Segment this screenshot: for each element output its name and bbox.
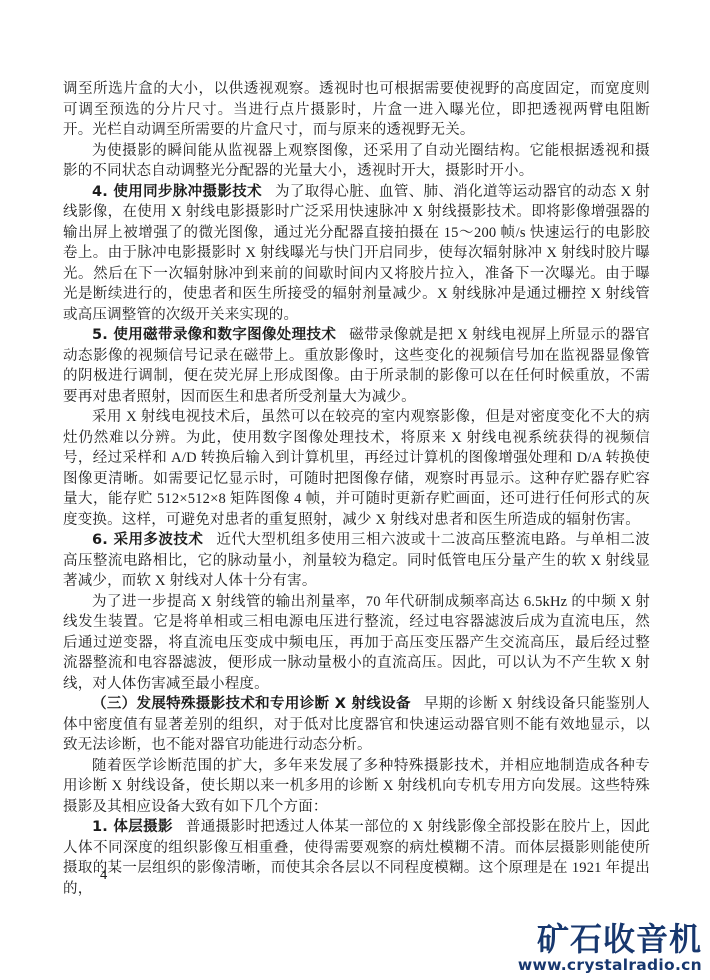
paragraph-heading: 5. 使用磁带录像和数字图像处理技术 bbox=[92, 327, 336, 343]
paragraph-text: 为使摄影的瞬间能从监视器上观察图像，还采用了自动光圈结构。它能根据透视和摄影的不… bbox=[63, 143, 650, 180]
paragraph: 1. 体层摄影普通摄影时把透过人体某一部位的 X 射线影像全部投影在胶片上，因此… bbox=[63, 817, 650, 899]
paragraph: 为了进一步提高 X 射线管的输出剂量率，70 年代研制成频率高达 6.5kHz … bbox=[63, 592, 650, 695]
document-page: 调至所选片盒的大小，以供透视观察。透视时也可根据需要使视野的高度固定，而宽度则可… bbox=[0, 0, 710, 980]
body-text: 调至所选片盒的大小，以供透视观察。透视时也可根据需要使视野的高度固定，而宽度则可… bbox=[63, 79, 650, 899]
paragraph: 随着医学诊断范围的扩大，多年来发展了多种特殊摄影技术，并相应地制造成各种专用诊断… bbox=[63, 756, 650, 818]
paragraph: 4. 使用同步脉冲摄影技术为了取得心脏、血管、肺、消化道等运动器官的动态 X 射… bbox=[63, 182, 650, 326]
crystalradio-logo-text: 矿石收音机 bbox=[518, 923, 702, 957]
paragraph-heading: （三）发展特殊摄影技术和专用诊断 X 射线设备 bbox=[92, 696, 411, 712]
paragraph: 调至所选片盒的大小，以供透视观察。透视时也可根据需要使视野的高度固定，而宽度则可… bbox=[63, 79, 650, 141]
page-number: 4 bbox=[100, 867, 107, 884]
paragraph-text: 为了取得心脏、血管、肺、消化道等运动器官的动态 X 射线影像，在使用 X 射线电… bbox=[63, 184, 650, 323]
paragraph: 为使摄影的瞬间能从监视器上观察图像，还采用了自动光圈结构。它能根据透视和摄影的不… bbox=[63, 141, 650, 182]
paragraph-heading: 1. 体层摄影 bbox=[92, 819, 173, 835]
watermark-url[interactable]: www.crystalradio.cn bbox=[518, 957, 702, 973]
paragraph: （三）发展特殊摄影技术和专用诊断 X 射线设备早期的诊断 X 射线设备只能鉴别人… bbox=[63, 694, 650, 756]
paragraph: 6. 采用多波技术近代大型机组多使用三相六波或十二波高压整流电路。与单相二波高压… bbox=[63, 530, 650, 592]
paragraph-text: 采用 X 射线电视技术后，虽然可以在较亮的室内观察影像，但是对密度变化不大的病灶… bbox=[63, 409, 650, 528]
paragraph-text: 随着医学诊断范围的扩大，多年来发展了多种特殊摄影技术，并相应地制造成各种专用诊断… bbox=[63, 758, 650, 815]
paragraph: 5. 使用磁带录像和数字图像处理技术磁带录像就是把 X 射线电视屏上所显示的器官… bbox=[63, 325, 650, 407]
paragraph: 采用 X 射线电视技术后，虽然可以在较亮的室内观察影像，但是对密度变化不大的病灶… bbox=[63, 407, 650, 530]
paragraph-heading: 6. 采用多波技术 bbox=[92, 532, 203, 548]
paragraph-text: 为了进一步提高 X 射线管的输出剂量率，70 年代研制成频率高达 6.5kHz … bbox=[63, 594, 650, 692]
site-watermark: 矿石收音机 www.crystalradio.cn bbox=[518, 923, 702, 973]
paragraph-heading: 4. 使用同步脉冲摄影技术 bbox=[92, 184, 262, 200]
paragraph-text: 调至所选片盒的大小，以供透视观察。透视时也可根据需要使视野的高度固定，而宽度则可… bbox=[63, 81, 650, 138]
